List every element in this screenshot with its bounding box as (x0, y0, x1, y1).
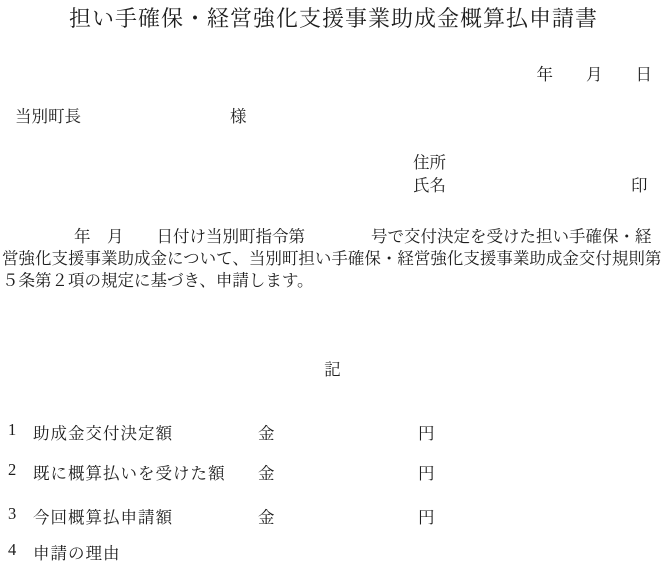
currency-suffix-yen: 円 (418, 504, 435, 528)
item-number: 1 (8, 420, 16, 440)
seal-mark: 印 (631, 172, 648, 196)
currency-suffix-yen: 円 (418, 420, 435, 444)
item-label: 今回概算払申請額 (33, 504, 173, 528)
currency-prefix-kin: 金 (258, 504, 275, 528)
body-line-1: 年 月 日付け当別町指令第 号で交付決定を受けた担い手確保・経 (2, 226, 666, 248)
document-title: 担い手確保・経営強化支援事業助成金概算払申請書 (0, 2, 667, 33)
sender-address-label: 住所 (413, 149, 446, 173)
item-label: 申請の理由 (33, 540, 121, 561)
currency-prefix-kin: 金 (258, 420, 275, 444)
currency-prefix-kin: 金 (258, 460, 275, 484)
currency-suffix-yen: 円 (418, 460, 435, 484)
item-number: 2 (8, 460, 16, 480)
addressee-honorific: 様 (230, 103, 247, 127)
item-number: 4 (8, 540, 16, 560)
record-heading: 記 (0, 356, 667, 380)
date-blank-line: 年 月 日 (0, 61, 652, 85)
item-number: 3 (8, 504, 16, 524)
sender-name-label: 氏名 (413, 172, 446, 196)
item-label: 既に概算払いを受けた額 (33, 460, 226, 484)
body-line-3: ５条第２項の規定に基づき、申請します。 (2, 270, 666, 292)
body-paragraph: 年 月 日付け当別町指令第 号で交付決定を受けた担い手確保・経 営強化支援事業助… (2, 226, 666, 292)
item-label: 助成金交付決定額 (33, 420, 173, 444)
application-form-document: 担い手確保・経営強化支援事業助成金概算払申請書 年 月 日 当別町長 様 住所 … (0, 0, 667, 561)
body-line-2: 営強化支援事業助成金について、当別町担い手確保・経営強化支援事業助成金交付規則第 (2, 248, 666, 270)
addressee-name: 当別町長 (15, 103, 81, 127)
